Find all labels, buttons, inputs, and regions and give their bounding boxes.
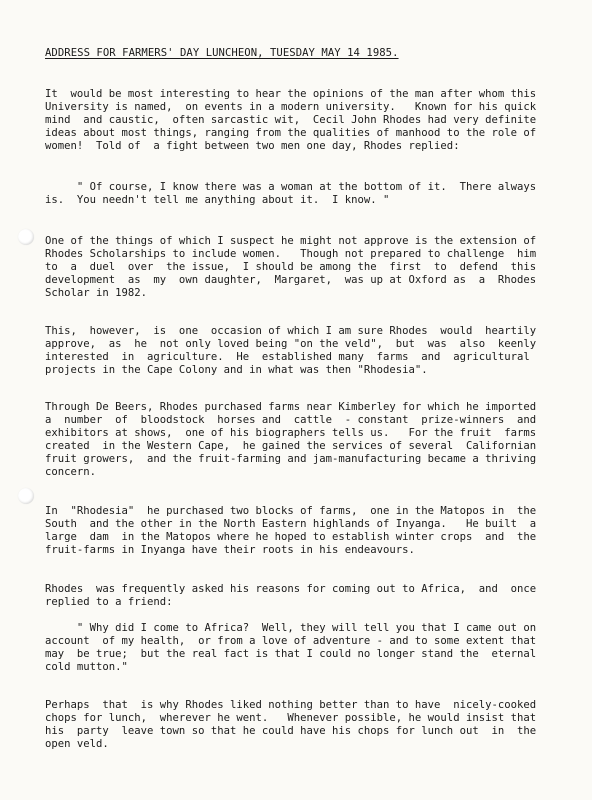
text-line: interested in agriculture. He establishe… (45, 351, 536, 364)
text-line: South and the other in the North Eastern… (45, 518, 536, 531)
text-line: concern. (45, 466, 536, 479)
text-line: chops for lunch, wherever he went. Whene… (45, 712, 536, 725)
paragraph-quote-mutton: " Why did I come to Africa? Well, they w… (45, 622, 536, 674)
text-line: created in the Western Cape, he gained t… (45, 440, 536, 453)
punch-hole-icon (18, 488, 34, 504)
text-line: approve, as he not only loved being "on … (45, 338, 536, 351)
text-line: may be true; but the real fact is that I… (45, 648, 536, 661)
paragraph-de-beers: Through De Beers, Rhodes purchased farms… (45, 401, 536, 480)
text-line: women! Told of a fight between two men o… (45, 140, 536, 153)
text-line: Rhodes was frequently asked his reasons … (45, 583, 536, 596)
text-line: cold mutton." (45, 661, 536, 674)
text-line: fruit growers, and the fruit-farming and… (45, 453, 536, 466)
punch-hole-icon (18, 229, 34, 245)
paragraph-rhodesia: In "Rhodesia" he purchased two blocks of… (45, 505, 536, 557)
text-line: " Why did I come to Africa? Well, they w… (45, 622, 536, 635)
text-line: " Of course, I know there was a woman at… (45, 181, 536, 194)
paragraph-intro: It would be most interesting to hear the… (45, 88, 536, 153)
text-line: In "Rhodesia" he purchased two blocks of… (45, 505, 536, 518)
paragraph-scholarships: One of the things of which I suspect he … (45, 235, 536, 300)
paragraph-agriculture: This, however, is one occasion of which … (45, 325, 536, 377)
text-line: Through De Beers, Rhodes purchased farms… (45, 401, 536, 414)
text-line: It would be most interesting to hear the… (45, 88, 536, 101)
text-line: development as my own daughter, Margaret… (45, 274, 536, 287)
text-line: Scholar in 1982. (45, 287, 536, 300)
text-line: Perhaps that is why Rhodes liked nothing… (45, 699, 536, 712)
paragraph-quote-woman: " Of course, I know there was a woman at… (45, 181, 536, 207)
text-line: replied to a friend: (45, 596, 536, 609)
text-line: exhibitors at shows, one of his biograph… (45, 427, 536, 440)
document-title: ADDRESS FOR FARMERS' DAY LUNCHEON, TUESD… (45, 47, 399, 59)
text-line: a number of bloodstock horses and cattle… (45, 414, 536, 427)
text-line: University is named, on events in a mode… (45, 101, 536, 114)
text-line: Rhodes Scholarships to include women. Th… (45, 248, 536, 261)
text-line: to a duel over the issue, I should be am… (45, 261, 536, 274)
text-line: his party leave town so that he could ha… (45, 725, 536, 738)
text-line: mind and caustic, often sarcastic wit, C… (45, 114, 536, 127)
paragraph-chops: Perhaps that is why Rhodes liked nothing… (45, 699, 536, 751)
text-line: open veld. (45, 738, 536, 751)
text-line: projects in the Cape Colony and in what … (45, 364, 536, 377)
document-page: ADDRESS FOR FARMERS' DAY LUNCHEON, TUESD… (0, 0, 592, 800)
text-line: This, however, is one occasion of which … (45, 325, 536, 338)
text-line: is. You needn't tell me anything about i… (45, 194, 536, 207)
text-line: One of the things of which I suspect he … (45, 235, 536, 248)
text-line: large dam in the Matopos where he hoped … (45, 531, 536, 544)
paragraph-reasons: Rhodes was frequently asked his reasons … (45, 583, 536, 609)
text-line: account of my health, or from a love of … (45, 635, 536, 648)
text-line: fruit-farms in Inyanga have their roots … (45, 544, 536, 557)
text-line: ideas about most things, ranging from th… (45, 127, 536, 140)
